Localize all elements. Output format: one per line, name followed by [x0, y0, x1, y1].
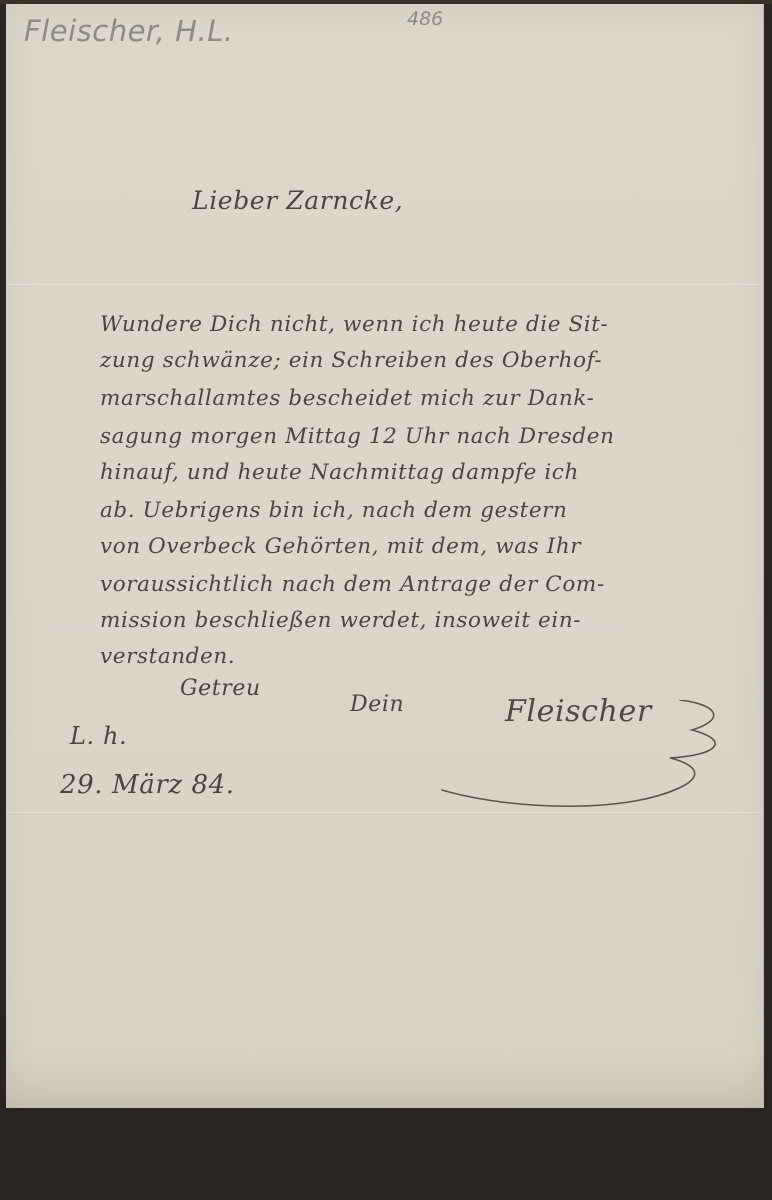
body-line: verstanden. — [100, 644, 235, 669]
archive-pencil-annotation: Fleischer, H.L. — [24, 14, 234, 48]
signature-flourish-icon — [430, 700, 730, 820]
body-line: voraussichtlich nach dem Antrage der Com… — [100, 572, 605, 597]
paper-crease — [6, 284, 763, 285]
closing: Getreu — [180, 676, 261, 701]
body-line: zung schwänze; ein Schreiben des Oberhof… — [100, 348, 602, 373]
paper-worn-edge — [6, 1054, 763, 1108]
folio-number: 486 — [407, 8, 443, 30]
body-line: Wundere Dich nicht, wenn ich heute die S… — [100, 312, 608, 337]
body-line: sagung morgen Mittag 12 Uhr nach Dresden — [100, 424, 615, 449]
body-line: marschallamtes bescheidet mich zur Dank- — [100, 386, 594, 411]
letter-date: 29. März 84. — [60, 770, 235, 800]
closing-pronoun: Dein — [350, 692, 404, 717]
place-abbreviation: L. h. — [70, 722, 127, 750]
salutation: Lieber Zarncke, — [192, 186, 403, 215]
body-line: hinauf, und heute Nachmittag dampfe ich — [100, 460, 579, 485]
body-line: mission beschließen werdet, insoweit ein… — [100, 608, 581, 633]
body-line: von Overbeck Gehörten, mit dem, was Ihr — [100, 534, 581, 559]
body-line: ab. Uebrigens bin ich, nach dem gestern — [100, 498, 567, 523]
